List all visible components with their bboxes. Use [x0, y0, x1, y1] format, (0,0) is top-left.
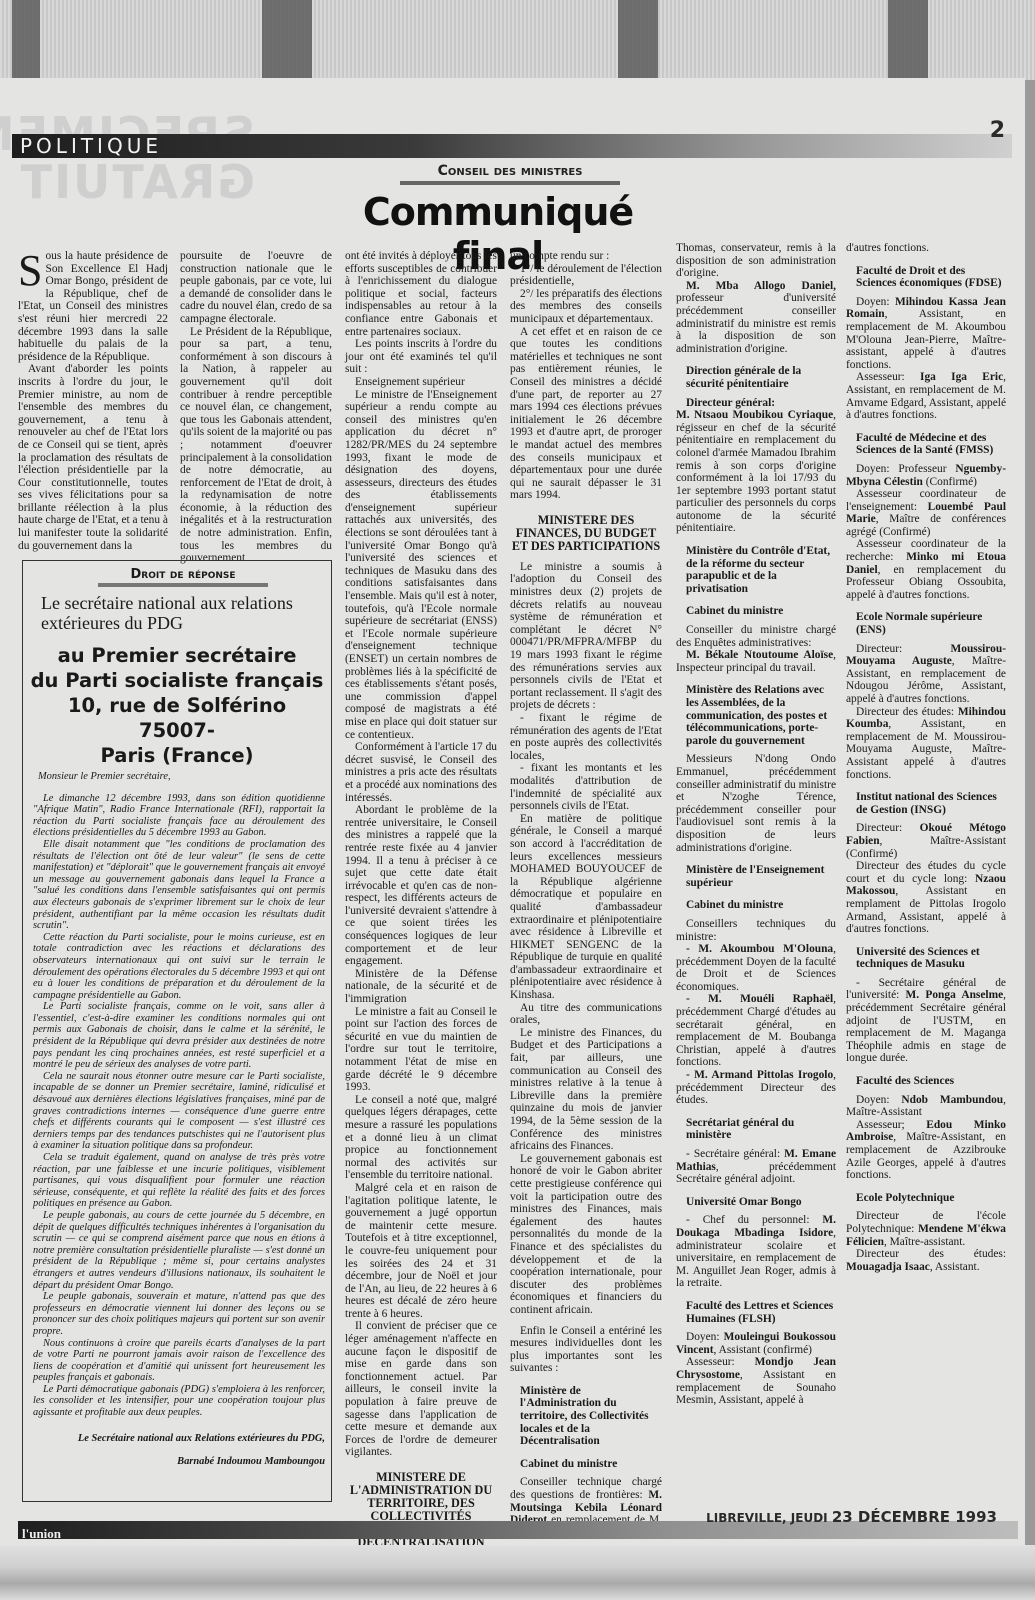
appointment: Doyen: Mihindou Kassa Jean Romain, Assis… [846, 296, 1006, 372]
scan-stripe [618, 0, 658, 80]
ministry-heading: Ministère de l'Enseignement supérieur [676, 864, 836, 889]
subheading: Enseignement supérieur [345, 376, 497, 389]
box-subtitle: Le secrétaire national aux relations ext… [41, 593, 321, 633]
article-column-5: Thomas, conservateur, remis à la disposi… [676, 242, 836, 1407]
paragraph: Abordant le problème de la rentrée unive… [345, 804, 497, 968]
droit-de-reponse-box: Droit de réponse Le secrétaire national … [22, 560, 332, 1502]
article-column-6: d'autres fonctions. Faculté de Droit et … [846, 242, 1006, 1273]
letter-signature-title: Le Secrétaire national aux Relations ext… [33, 1433, 325, 1445]
paragraph: un compte rendu sur : [510, 250, 662, 263]
letter-paragraph: Le dimanche 12 décembre 1993, dans son é… [33, 793, 325, 839]
letter-paragraph: Cela ne saurait nous étonner outre mesur… [33, 1071, 325, 1152]
faculty-heading: Université des Sciences et techniques de… [846, 946, 1006, 971]
letter-paragraph: Le peuple gabonais, au cours de cette jo… [33, 1210, 325, 1291]
paper-fold [0, 1545, 1035, 1600]
letter-paragraph: Le Parti démocratique gabonais (PDG) s'e… [33, 1384, 325, 1419]
paragraph: Messieurs N'dong Ondo Emmanuel, précédem… [676, 753, 836, 854]
appointee-name: - M. Mouéli Raphaël [686, 993, 833, 1005]
dateline-place: LIBREVILLE, JEUDI [706, 1511, 828, 1525]
paragraph: d'autres fonctions. [846, 242, 1006, 255]
box-title-line: au Premier secrétaire [29, 643, 325, 668]
letter-paragraph: Nous continuons à croire que pareils éca… [33, 1338, 325, 1384]
section-header-bar [12, 134, 1012, 158]
appointment: Doyen: Professeur Nguemby-Mbyna Célestin… [846, 463, 1006, 488]
appointment: - Secrétaire général: M. Emane Mathias, … [676, 1148, 836, 1186]
ministry-heading: Ministère de l'Administration du territo… [510, 1385, 662, 1448]
appointment: Doyen: Mouleingui Boukossou Vincent, Ass… [676, 1331, 836, 1356]
appointment: Assesseur coordinateur de la recherche: … [846, 538, 1006, 601]
article-column-4: un compte rendu sur : 1°/ le déroulement… [510, 250, 662, 1539]
ministry-heading: Direction générale de la sécurité pénite… [676, 365, 836, 390]
letter-paragraph: Le peuple gabonais, souverain et mature,… [33, 1291, 325, 1337]
paragraph: Le conseil a noté que, malgré quelques l… [345, 1094, 497, 1182]
faculty-heading: Ecole Polytechnique [846, 1192, 1006, 1205]
article-column-2: poursuite de l'oeuvre de construction na… [180, 250, 332, 565]
appointee-name: M. Békale Ntoutoume Aloïse [686, 649, 833, 661]
appointment: Directeur de l'école Polytechnique: Mend… [846, 1210, 1006, 1248]
appointment: Directeur des études: Mihindou Koumba, A… [846, 706, 1006, 782]
box-title: au Premier secrétaire du Parti socialist… [29, 643, 325, 768]
faculty-heading: Faculté de Médecine et des Sciences de l… [846, 432, 1006, 457]
box-title-line: du Parti socialiste français [29, 668, 325, 693]
letter-paragraph: Cela se traduit également, quand on anal… [33, 1152, 325, 1210]
appointment: - M. Mouéli Raphaël, précédemment Chargé… [676, 993, 836, 1069]
appointment: Assesseur: Mondjo Jean Chrysostome, Assi… [676, 1356, 836, 1406]
letter-paragraph: Elle disait notamment que "les condition… [33, 839, 325, 932]
cabinet-heading: Cabinet du ministre [676, 605, 836, 618]
faculty-heading: Faculté des Sciences [846, 1075, 1006, 1088]
appointee-name: M. Ntsaou Moubikou Cyriaque [676, 409, 833, 421]
appointment: Directeur général:M. Ntsaou Moubikou Cyr… [676, 397, 836, 536]
scan-stripe [888, 0, 928, 80]
paragraph: Enfin le Conseil a entériné les mesures … [510, 1325, 662, 1375]
newspaper-logo: l'union [22, 1526, 61, 1542]
appointee-name: M. Mba Allogo Daniel, [686, 280, 836, 292]
appointee-name: Ndob Mambundou [901, 1094, 1003, 1106]
paragraph: Le gouvernement gabonais est honoré de v… [510, 1153, 662, 1317]
scan-stripe [12, 0, 40, 80]
box-title-line: 10, rue de Solférino 75007- [29, 693, 325, 743]
paragraph: ont été invités à déployer tous les effo… [345, 250, 497, 338]
paragraph: En matière de politique générale, le Con… [510, 813, 662, 1002]
paragraph: 1°/ le déroulement de l'élection préside… [510, 263, 662, 288]
appointee-name: Mouagadja Isaac [846, 1261, 930, 1273]
section-heading: MINISTERE DES FINANCES, DU BUDGET ET DES… [510, 514, 662, 553]
faculty-heading: Faculté de Droit et des Sciences économi… [846, 265, 1006, 290]
appointment: - M. Akoumbou M'Olouna, précédemment Doy… [676, 943, 836, 993]
watermark-line: GRATUIT [5, 158, 255, 206]
cabinet-heading: Cabinet du ministre [510, 1458, 662, 1471]
appointment: - Secrétaire général de l'université: M.… [846, 977, 1006, 1065]
dateline: LIBREVILLE, JEUDI 23 DÉCEMBRE 1993 [706, 1508, 997, 1526]
appointee-name: M. Ponga Anselme [906, 989, 1004, 1001]
ministry-heading: Faculté des Lettres et Sciences Humaines… [676, 1300, 836, 1325]
appointment: Directeur des études du cycle court et d… [846, 860, 1006, 936]
letter-salutation: Monsieur le Premier secrétaire, [33, 771, 325, 783]
paragraph: Le ministre a fait au Conseil le point s… [345, 1006, 497, 1094]
paragraph: poursuite de l'oeuvre de construction na… [180, 250, 332, 326]
ministry-heading: Ministère du Contrôle d'Etat, de la réfo… [676, 545, 836, 595]
faculty-heading: Institut national des Sciences de Gestio… [846, 791, 1006, 816]
box-title-line: Paris (France) [29, 743, 325, 768]
scanner-background [0, 0, 1035, 80]
paragraph: A cet effet et en raison de ce que toute… [510, 326, 662, 502]
appointment: - M. Armand Pittolas Irogolo, précédemme… [676, 1069, 836, 1107]
paragraph: Le ministre a soumis à l'adoption du Con… [510, 561, 662, 712]
appointee-name: - M. Armand Pittolas Irogolo [686, 1069, 833, 1081]
paragraph: Avant d'aborder les points inscrits à l'… [18, 363, 168, 552]
paragraph: Le ministre des Finances, du Budget et d… [510, 1027, 662, 1153]
dateline-date: 23 DÉCEMBRE 1993 [832, 1508, 997, 1526]
ministry-heading: Secrétariat général du ministère [676, 1117, 836, 1142]
paragraph: Conseiller du ministre chargé des Enquêt… [676, 624, 836, 649]
box-kicker: Droit de réponse [98, 567, 268, 587]
appointment: Directeur: Moussirou-Mouyama Auguste, Ma… [846, 643, 1006, 706]
paragraph: Le ministre de l'Enseignement supérieur … [345, 389, 497, 742]
cabinet-heading: Cabinet du ministre [676, 899, 836, 912]
subheading: Ministère de la Défense nationale, de la… [345, 968, 497, 1006]
section-label: POLITIQUE [20, 134, 162, 158]
appointment: Doyen: Ndob Mambundou, Maître-Assistant [846, 1094, 1006, 1119]
paragraph: 2°/ les préparatifs des élections des me… [510, 288, 662, 326]
appointment: M. Békale Ntoutoume Aloïse, Inspecteur p… [676, 649, 836, 674]
appointment: Directeur: Okoué Métogo Fabien, Maître-A… [846, 822, 1006, 860]
ministry-heading: Université Omar Bongo [676, 1196, 836, 1209]
paragraph: Conseillers techniques du ministre: [676, 918, 836, 943]
paragraph: - fixant le régime de rémunération des a… [510, 712, 662, 762]
letter-body: Monsieur le Premier secrétaire, Le diman… [33, 771, 325, 1468]
paragraph: Les points inscrits à l'ordre du jour on… [345, 338, 497, 376]
article-column-3: ont été invités à déployer tous les effo… [345, 250, 497, 1570]
appointee-name: Iga Iga Eric [920, 371, 1003, 383]
specimen-watermark: SPECIMEN GRATUIT [5, 110, 255, 206]
paragraph: Au titre des communications orales, [510, 1002, 662, 1027]
appointee-name: - M. Akoumbou M'Olouna [686, 943, 833, 955]
appointment: Assesseur: Iga Iga Eric, Assistant, en r… [846, 371, 1006, 421]
paragraph: - fixant les montants et les modalités d… [510, 762, 662, 812]
paragraph: Conformément à l'article 17 du décret su… [345, 741, 497, 804]
appointment: Assesseur coordinateur de l'enseignement… [846, 488, 1006, 538]
page-number: 2 [990, 118, 1005, 143]
ministry-heading: Ministère des Relations avec les Assembl… [676, 684, 836, 747]
letter-paragraph: Le Parti socialiste français, comme on l… [33, 1001, 325, 1071]
letter-paragraph: Cette réaction du Parti socialiste, pour… [33, 932, 325, 1002]
appointment: - Chef du personnel: M. Doukaga Mbadinga… [676, 1214, 836, 1290]
scan-stripe [262, 0, 312, 80]
drop-cap: S [18, 252, 42, 290]
appointment: Directeur des études: Mouagadja Isaac, A… [846, 1248, 1006, 1273]
appointment: Assesseur; Edou Minko Ambroise, Maître-A… [846, 1119, 1006, 1182]
faculty-heading: Ecole Normale supérieure (ENS) [846, 611, 1006, 636]
paragraph: Thomas, conservateur, remis à la disposi… [676, 242, 836, 280]
article-column-1: Sous la haute présidence de Son Excellen… [18, 250, 168, 552]
paragraph: Le Président de la République, pour sa p… [180, 326, 332, 565]
letter-signature-name: Barnabé Indoumou Mamboungou [33, 1456, 325, 1468]
paragraph: Malgré cela et en raison de l'agitation … [345, 1182, 497, 1321]
article-kicker: Conseil des ministres [400, 163, 620, 185]
appointment: M. Mba Allogo Daniel, professeur d'unive… [676, 280, 836, 356]
paragraph: Il convient de préciser que ce léger amé… [345, 1320, 497, 1459]
